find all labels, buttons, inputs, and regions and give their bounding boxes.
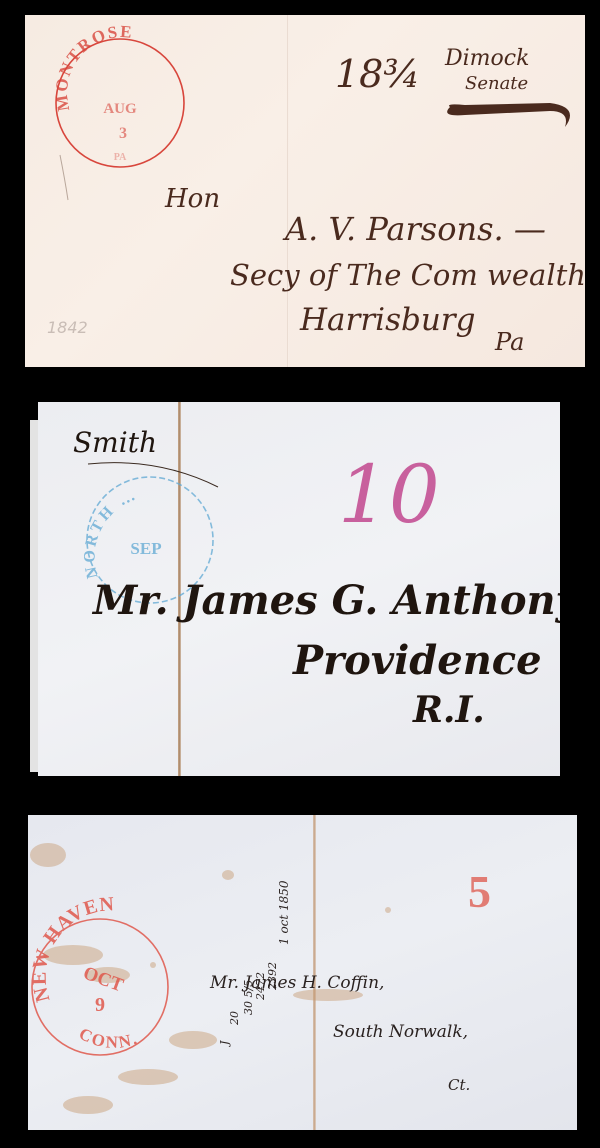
address-city: South Norwalk, [333,1022,468,1042]
address-title: Secy of The Com wealth [230,258,585,292]
address-salutation: Hon [164,184,220,214]
postmark-month: SEP [130,539,161,558]
address-name: Mr. James H. Coffin, [209,973,384,993]
postmark-month: AUG [103,101,137,117]
manuscript-rate: 18¾ [335,52,420,96]
endorsement: Smith [73,426,157,459]
cover-new-haven: NEW HAVEN OCT 9 CONN. 5 1 oct 1850 2392 … [28,815,577,1130]
svg-text:CONN.: CONN. [76,1024,141,1052]
docket-line: 1 oct 1850 [277,880,291,945]
cover3-artwork: NEW HAVEN OCT 9 CONN. 5 1 oct 1850 2392 … [28,815,577,1130]
postmark-day: 9 [95,994,105,1016]
rate-handstamp: 5 [468,866,491,917]
cover2-artwork: NORTH … SEP Smith 10 Mr. James G. Anthon… [38,402,560,776]
address-state: R.I. [412,689,485,731]
flourish-underline [447,103,570,127]
svg-text:MONTROSE: MONTROSE [52,22,135,113]
postmark-month: OCT [80,963,126,997]
address-city: Harrisburg [299,302,475,338]
docket-line: 20 [228,1011,241,1026]
postmark-day: 3 [119,125,127,142]
new-haven-postmark: NEW HAVEN OCT 9 CONN. [29,893,168,1055]
address-state: Pa [494,328,524,356]
endorsement-line2: Senate [465,73,528,94]
postmark-state: CONN. [76,1024,141,1052]
montrose-postmark: MONTROSE AUG 3 PA [52,22,184,167]
cover-providence: NORTH … SEP Smith 10 Mr. James G. Anthon… [38,402,560,776]
docket-line: J [218,1040,231,1047]
address-name: Mr. James G. Anthony [91,577,560,624]
pencil-year-note: 1842 [47,318,88,337]
address-state: Ct. [448,1076,470,1094]
manuscript-rate: 10 [338,448,440,541]
postmark-town: NORTH … [81,486,140,580]
postmark-state: PA [114,152,127,163]
cover-montrose: MONTROSE AUG 3 PA 18¾ Dimock Senate Hon … [25,15,585,367]
docket-notes: 1 oct 1850 2392 2472 30 5/5 20 J [218,880,291,1047]
address-city: Providence [292,637,542,684]
address-name: A. V. Parsons. — [282,210,546,248]
postmark-town: MONTROSE [52,22,135,113]
cover1-artwork: MONTROSE AUG 3 PA 18¾ Dimock Senate Hon … [25,15,585,367]
svg-text:NORTH …: NORTH … [81,486,140,580]
endorsement-line1: Dimock [444,46,529,71]
